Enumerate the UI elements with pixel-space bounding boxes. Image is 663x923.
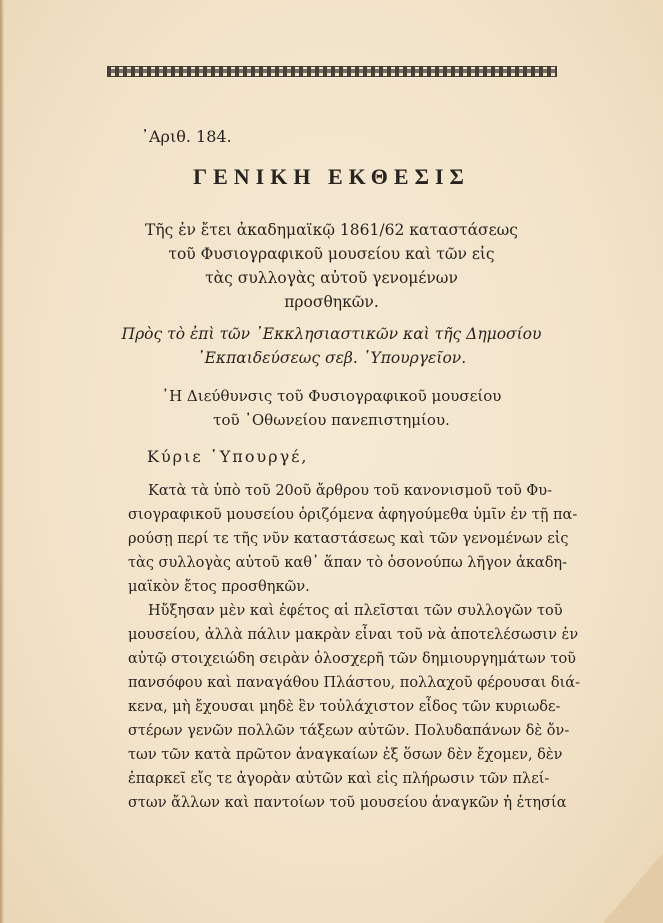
sender: ῾Η Διεύθυνσις τοῦ Φυσιογραφικοῦ μουσείου… bbox=[0, 384, 663, 432]
text-line: ρούσῃ περί τε τῆς νῦν καταστάσεως καὶ τῶ… bbox=[128, 527, 518, 551]
page-edge-shadow bbox=[0, 0, 4, 923]
document-title: ΓΕΝΙΚΗ ΕΚΘΕΣΙΣ bbox=[0, 164, 663, 190]
body-text: Κατὰ τὰ ὑπὸ τοῦ 20οῦ ἄρθρου τοῦ κανονισμ… bbox=[128, 479, 518, 815]
subtitle-line: τὰς συλλογὰς αὐτοῦ γενομένων bbox=[0, 266, 663, 290]
sender-line: ῾Η Διεύθυνσις τοῦ Φυσιογραφικοῦ μουσείου bbox=[0, 384, 663, 408]
text-line: κενα, μὴ ἔχουσαι μηδὲ ἓν τοὐλάχιστον εἶδ… bbox=[128, 695, 518, 719]
text-line: στέρων γενῶν πολλῶν τάξεων αὐτῶν. Πολυδα… bbox=[128, 719, 518, 743]
text-line: μουσείου, ἀλλὰ πάλιν μακρὰν εἶναι τοῦ νὰ… bbox=[128, 623, 518, 647]
paragraph-2: Ηὔξησαν μὲν καὶ ἐφέτος αἱ πλεῖσται τῶν σ… bbox=[128, 599, 518, 815]
text-line: τὰς συλλογὰς αὐτοῦ καθ᾽ ἅπαν τὸ ὁσονούπω… bbox=[128, 551, 518, 575]
address-line: Πρὸς τὸ ἐπὶ τῶν ᾽Εκκλησιαστικῶν καὶ τῆς … bbox=[0, 322, 663, 346]
document-number: ᾽Αριθ. 184. bbox=[141, 127, 232, 146]
text-line: σιογραφικοῦ μουσείου ὁριζόμενα ἀφηγούμεθ… bbox=[128, 503, 518, 527]
paragraph-1: Κατὰ τὰ ὑπὸ τοῦ 20οῦ ἄρθρου τοῦ κανονισμ… bbox=[128, 479, 518, 599]
salutation: Κύριε ῾Υπουργέ, bbox=[147, 447, 309, 466]
scanned-page: ᾽Αριθ. 184. ΓΕΝΙΚΗ ΕΚΘΕΣΙΣ Τῆς ἐν ἔτει ἀ… bbox=[0, 0, 663, 923]
subtitle-line: προσθηκῶν. bbox=[0, 290, 663, 314]
sender-line: τοῦ ᾽Οθωνείου πανεπιστημίου. bbox=[0, 408, 663, 432]
decorative-border-ornament bbox=[107, 66, 557, 77]
folded-corner bbox=[603, 853, 663, 923]
addressee: Πρὸς τὸ ἐπὶ τῶν ᾽Εκκλησιαστικῶν καὶ τῆς … bbox=[0, 322, 663, 370]
address-line: ᾽Εκπαιδεύσεως σεβ. ῾Υπουργεῖον. bbox=[0, 346, 663, 370]
subtitle-line: τοῦ Φυσιογραφικοῦ μουσείου καὶ τῶν εἰς bbox=[0, 242, 663, 266]
text-line: πανσόφου καὶ παναγάθου Πλάστου, πολλαχοῦ… bbox=[128, 671, 518, 695]
text-line: ἐπαρκεῖ εἴς τε ἀγορὰν αὐτῶν καὶ εἰς πλήρ… bbox=[128, 767, 518, 791]
text-line: Ηὔξησαν μὲν καὶ ἐφέτος αἱ πλεῖσται τῶν σ… bbox=[128, 599, 518, 623]
text-line: Κατὰ τὰ ὑπὸ τοῦ 20οῦ ἄρθρου τοῦ κανονισμ… bbox=[128, 479, 518, 503]
text-line: μαϊκὸν ἔτος προσθηκῶν. bbox=[128, 575, 518, 599]
subtitle-line: Τῆς ἐν ἔτει ἀκαδημαϊκῷ 1861/62 καταστάσε… bbox=[0, 218, 663, 242]
document-subtitle: Τῆς ἐν ἔτει ἀκαδημαϊκῷ 1861/62 καταστάσε… bbox=[0, 218, 663, 314]
text-line: αὐτῷ στοιχειώδη σειρὰν ὁλοσχερῆ τῶν δημι… bbox=[128, 647, 518, 671]
text-line: των τῶν κατὰ πρῶτον ἀναγκαίων ἐξ ὅσων δὲ… bbox=[128, 743, 518, 767]
text-line: στων ἄλλων καὶ παντοίων τοῦ μουσείου ἀνα… bbox=[128, 791, 518, 815]
